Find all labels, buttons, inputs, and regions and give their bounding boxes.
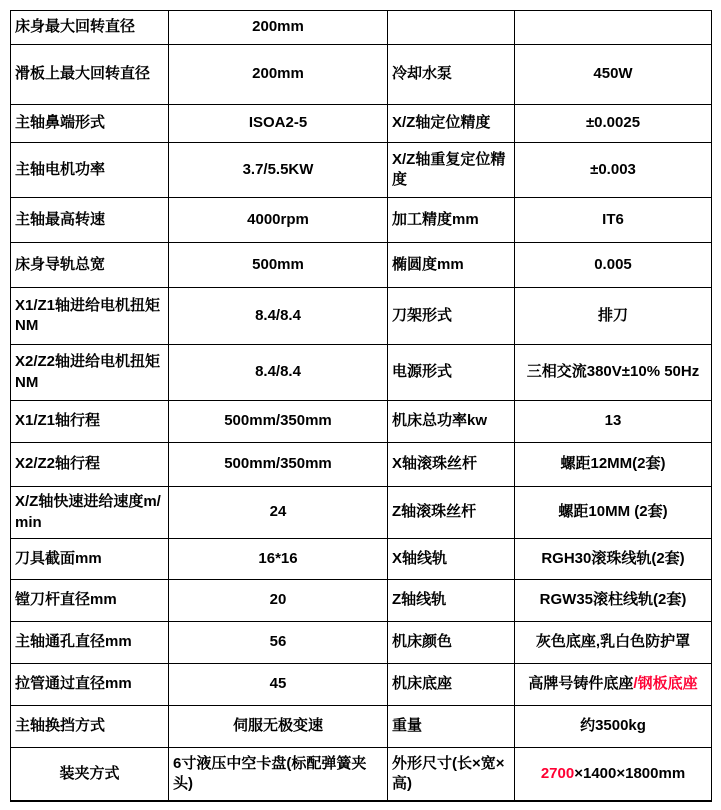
spec-value: 13	[515, 401, 712, 443]
table-row: 主轴通孔直径mm 56 机床颜色 灰色底座,乳白色防护罩	[11, 622, 712, 664]
spec-label: 主轴电机功率	[11, 143, 169, 198]
table-row: 滑板上最大回转直径 200mm 冷却水泵 450W	[11, 45, 712, 105]
spec-label: 机床颜色	[388, 622, 515, 664]
spec-value: 45	[169, 664, 388, 706]
spec-value: ISOA2-5	[169, 105, 388, 143]
spec-label: 机床底座	[388, 664, 515, 706]
spec-label: 镗刀杆直径mm	[11, 580, 169, 622]
spec-label: 冷却水泵	[388, 45, 515, 105]
table-row: X1/Z1轴行程 500mm/350mm 机床总功率kw 13	[11, 401, 712, 443]
table-row: X2/Z2轴进给电机扭矩NM 8.4/8.4 电源形式 三相交流380V±10%…	[11, 345, 712, 401]
spec-value: 450W	[515, 45, 712, 105]
spec-label: 床身导轨总宽	[11, 243, 169, 288]
spec-sheet-page: 床身最大回转直径 200mm 滑板上最大回转直径 200mm 冷却水泵 450W…	[0, 0, 721, 810]
spec-value: 4000rpm	[169, 198, 388, 243]
spec-value: 伺服无极变速	[169, 706, 388, 748]
spec-label: X/Z轴定位精度	[388, 105, 515, 143]
spec-value-highlight: 500mm/350mm	[169, 443, 388, 487]
spec-value-mixed: 高牌号铸件底座/钢板底座	[515, 664, 712, 706]
spec-label: X1/Z1轴进给电机扭矩NM	[11, 288, 169, 345]
table-row: 主轴电机功率 3.7/5.5KW X/Z轴重复定位精度 ±0.003	[11, 143, 712, 198]
spec-label: 装夹方式	[11, 748, 169, 801]
spec-label: Z轴滚珠丝杆	[388, 487, 515, 539]
spec-label: 主轴最高转速	[11, 198, 169, 243]
spec-label: X/Z轴重复定位精度	[388, 143, 515, 198]
spec-value: 0.005	[515, 243, 712, 288]
spec-label: 刀具截面mm	[11, 539, 169, 580]
spec-label: 重量	[388, 706, 515, 748]
spec-value: 三相交流380V±10% 50Hz	[515, 345, 712, 401]
table-row: 主轴换挡方式 伺服无极变速 重量 约3500kg	[11, 706, 712, 748]
spec-value-highlight: 3.7/5.5KW	[169, 143, 388, 198]
spec-table: 床身最大回转直径 200mm 滑板上最大回转直径 200mm 冷却水泵 450W…	[10, 10, 712, 802]
table-row: X/Z轴快速进给速度m/min 24 Z轴滚珠丝杆 螺距10MM (2套)	[11, 487, 712, 539]
spec-label: X/Z轴快速进给速度m/min	[11, 487, 169, 539]
spec-value: 螺距12MM(2套)	[515, 443, 712, 487]
spec-label: 加工精度mm	[388, 198, 515, 243]
spec-value: 56	[169, 622, 388, 664]
table-row: 主轴最高转速 4000rpm 加工精度mm IT6	[11, 198, 712, 243]
spec-label: 外形尺寸(长×宽×高)	[388, 748, 515, 801]
table-row: 床身导轨总宽 500mm 椭圆度mm 0.005	[11, 243, 712, 288]
spec-label: Z轴线轨	[388, 580, 515, 622]
table-row: 装夹方式 6寸液压中空卡盘(标配弹簧夹头) 外形尺寸(长×宽×高) 2700×1…	[11, 748, 712, 801]
spec-value: 16*16	[169, 539, 388, 580]
spec-value: 灰色底座,乳白色防护罩	[515, 622, 712, 664]
table-row: 主轴鼻端形式 ISOA2-5 X/Z轴定位精度 ±0.0025	[11, 105, 712, 143]
spec-value: 500mm	[169, 243, 388, 288]
table-row: 床身最大回转直径 200mm	[11, 11, 712, 45]
spec-value: 约3500kg	[515, 706, 712, 748]
spec-value: 200mm	[169, 11, 388, 45]
spec-value: 排刀	[515, 288, 712, 345]
spec-value: 螺距10MM (2套)	[515, 487, 712, 539]
spec-value: 200mm	[169, 45, 388, 105]
spec-label: 椭圆度mm	[388, 243, 515, 288]
spec-value: ±0.003	[515, 143, 712, 198]
spec-label: X1/Z1轴行程	[11, 401, 169, 443]
value-part-black: 高牌号铸件底座	[528, 675, 633, 692]
spec-value: ±0.0025	[515, 105, 712, 143]
spec-value-mixed: 2700×1400×1800mm	[515, 748, 712, 801]
table-row: 刀具截面mm 16*16 X轴线轨 RGH30滚珠线轨(2套)	[11, 539, 712, 580]
table-row: 镗刀杆直径mm 20 Z轴线轨 RGW35滚柱线轨(2套)	[11, 580, 712, 622]
spec-label: 主轴换挡方式	[11, 706, 169, 748]
table-row: 拉管通过直径mm 45 机床底座 高牌号铸件底座/钢板底座	[11, 664, 712, 706]
spec-label: X2/Z2轴进给电机扭矩NM	[11, 345, 169, 401]
spec-label: 主轴鼻端形式	[11, 105, 169, 143]
spec-value: 8.4/8.4	[169, 345, 388, 401]
spec-value: IT6	[515, 198, 712, 243]
value-part-red: /钢板底座	[633, 675, 697, 692]
spec-label: 机床总功率kw	[388, 401, 515, 443]
spec-label	[388, 11, 515, 45]
spec-label: X轴线轨	[388, 539, 515, 580]
spec-value	[515, 11, 712, 45]
spec-value: 24	[169, 487, 388, 539]
table-row: X1/Z1轴进给电机扭矩NM 8.4/8.4 刀架形式 排刀	[11, 288, 712, 345]
spec-value: RGW35滚柱线轨(2套)	[515, 580, 712, 622]
spec-label: 拉管通过直径mm	[11, 664, 169, 706]
spec-label: X轴滚珠丝杆	[388, 443, 515, 487]
spec-label: 滑板上最大回转直径	[11, 45, 169, 105]
table-row: X2/Z2轴行程 500mm/350mm X轴滚珠丝杆 螺距12MM(2套)	[11, 443, 712, 487]
spec-value: 20	[169, 580, 388, 622]
spec-value-highlight: 500mm/350mm	[169, 401, 388, 443]
spec-value: 6寸液压中空卡盘(标配弹簧夹头)	[169, 748, 388, 801]
spec-label: X2/Z2轴行程	[11, 443, 169, 487]
spec-label: 床身最大回转直径	[11, 11, 169, 45]
spec-value: RGH30滚珠线轨(2套)	[515, 539, 712, 580]
value-part-black: ×1400×1800mm	[574, 765, 685, 782]
spec-label: 主轴通孔直径mm	[11, 622, 169, 664]
spec-label: 刀架形式	[388, 288, 515, 345]
spec-value: 8.4/8.4	[169, 288, 388, 345]
value-part-red: 2700	[541, 765, 574, 782]
spec-label: 电源形式	[388, 345, 515, 401]
